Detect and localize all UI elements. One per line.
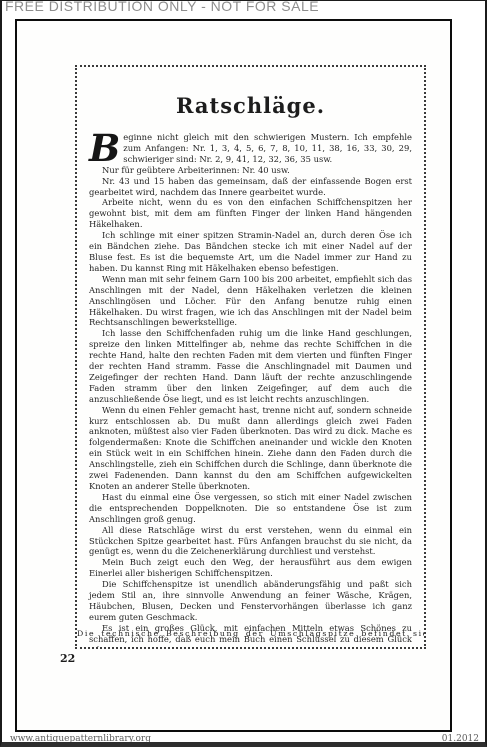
scanned-page: Ratschläge. Beginne nicht gleich mit den…: [15, 19, 452, 732]
body-paragraph: Arbeite nicht, wenn du es von den einfac…: [89, 197, 412, 230]
library-url: www.antiquepatternlibrary.org: [10, 734, 151, 744]
body-paragraph: Mein Buch zeigt euch den Weg, der heraus…: [89, 557, 412, 579]
body-paragraph: Ich lasse den Schiffchenfaden ruhig um d…: [89, 328, 412, 404]
page-title: Ratschläge.: [89, 93, 412, 118]
body-paragraph: Ich schlinge mit einer spitzen Stramin-N…: [89, 230, 412, 274]
body-paragraph: Wenn du einen Fehler gemacht hast, trenn…: [89, 405, 412, 492]
body-paragraph: Nr. 43 und 15 haben das gemeinsam, daß d…: [89, 176, 412, 198]
library-footer: www.antiquepatternlibrary.org 01.2012: [2, 734, 485, 746]
scan-date: 01.2012: [442, 734, 479, 744]
free-distribution-banner: FREE DISTRIBUTION ONLY - NOT FOR SALE: [5, 0, 319, 14]
body-paragraph: Hast du einmal eine Öse vergessen, so st…: [89, 492, 412, 525]
technical-footnote: Die technische Beschreibung der Umschlag…: [77, 629, 424, 638]
dotted-border-frame: Ratschläge. Beginne nicht gleich mit den…: [75, 65, 426, 649]
page-number: 22: [60, 652, 75, 665]
scanned-book-page-view: { "banner": { "text": "FREE DISTRIBUTION…: [0, 0, 487, 747]
body-paragraph: Die Schiffchenspitze ist unendlich abänd…: [89, 579, 412, 623]
body-text: Beginne nicht gleich mit den schwierigen…: [89, 132, 412, 649]
dropcap-initial: B: [89, 132, 123, 164]
body-paragraph: Wenn man mit sehr feinem Garn 100 bis 20…: [89, 274, 412, 329]
body-paragraph: Beginne nicht gleich mit den schwierigen…: [89, 132, 412, 165]
body-paragraph: All diese Ratschläge wirst du erst verst…: [89, 525, 412, 558]
body-paragraph: Nur für geübtere Arbeiterinnen: Nr. 40 u…: [89, 165, 412, 176]
paragraph-text: eginne nicht gleich mit den schwierigen …: [123, 132, 412, 164]
